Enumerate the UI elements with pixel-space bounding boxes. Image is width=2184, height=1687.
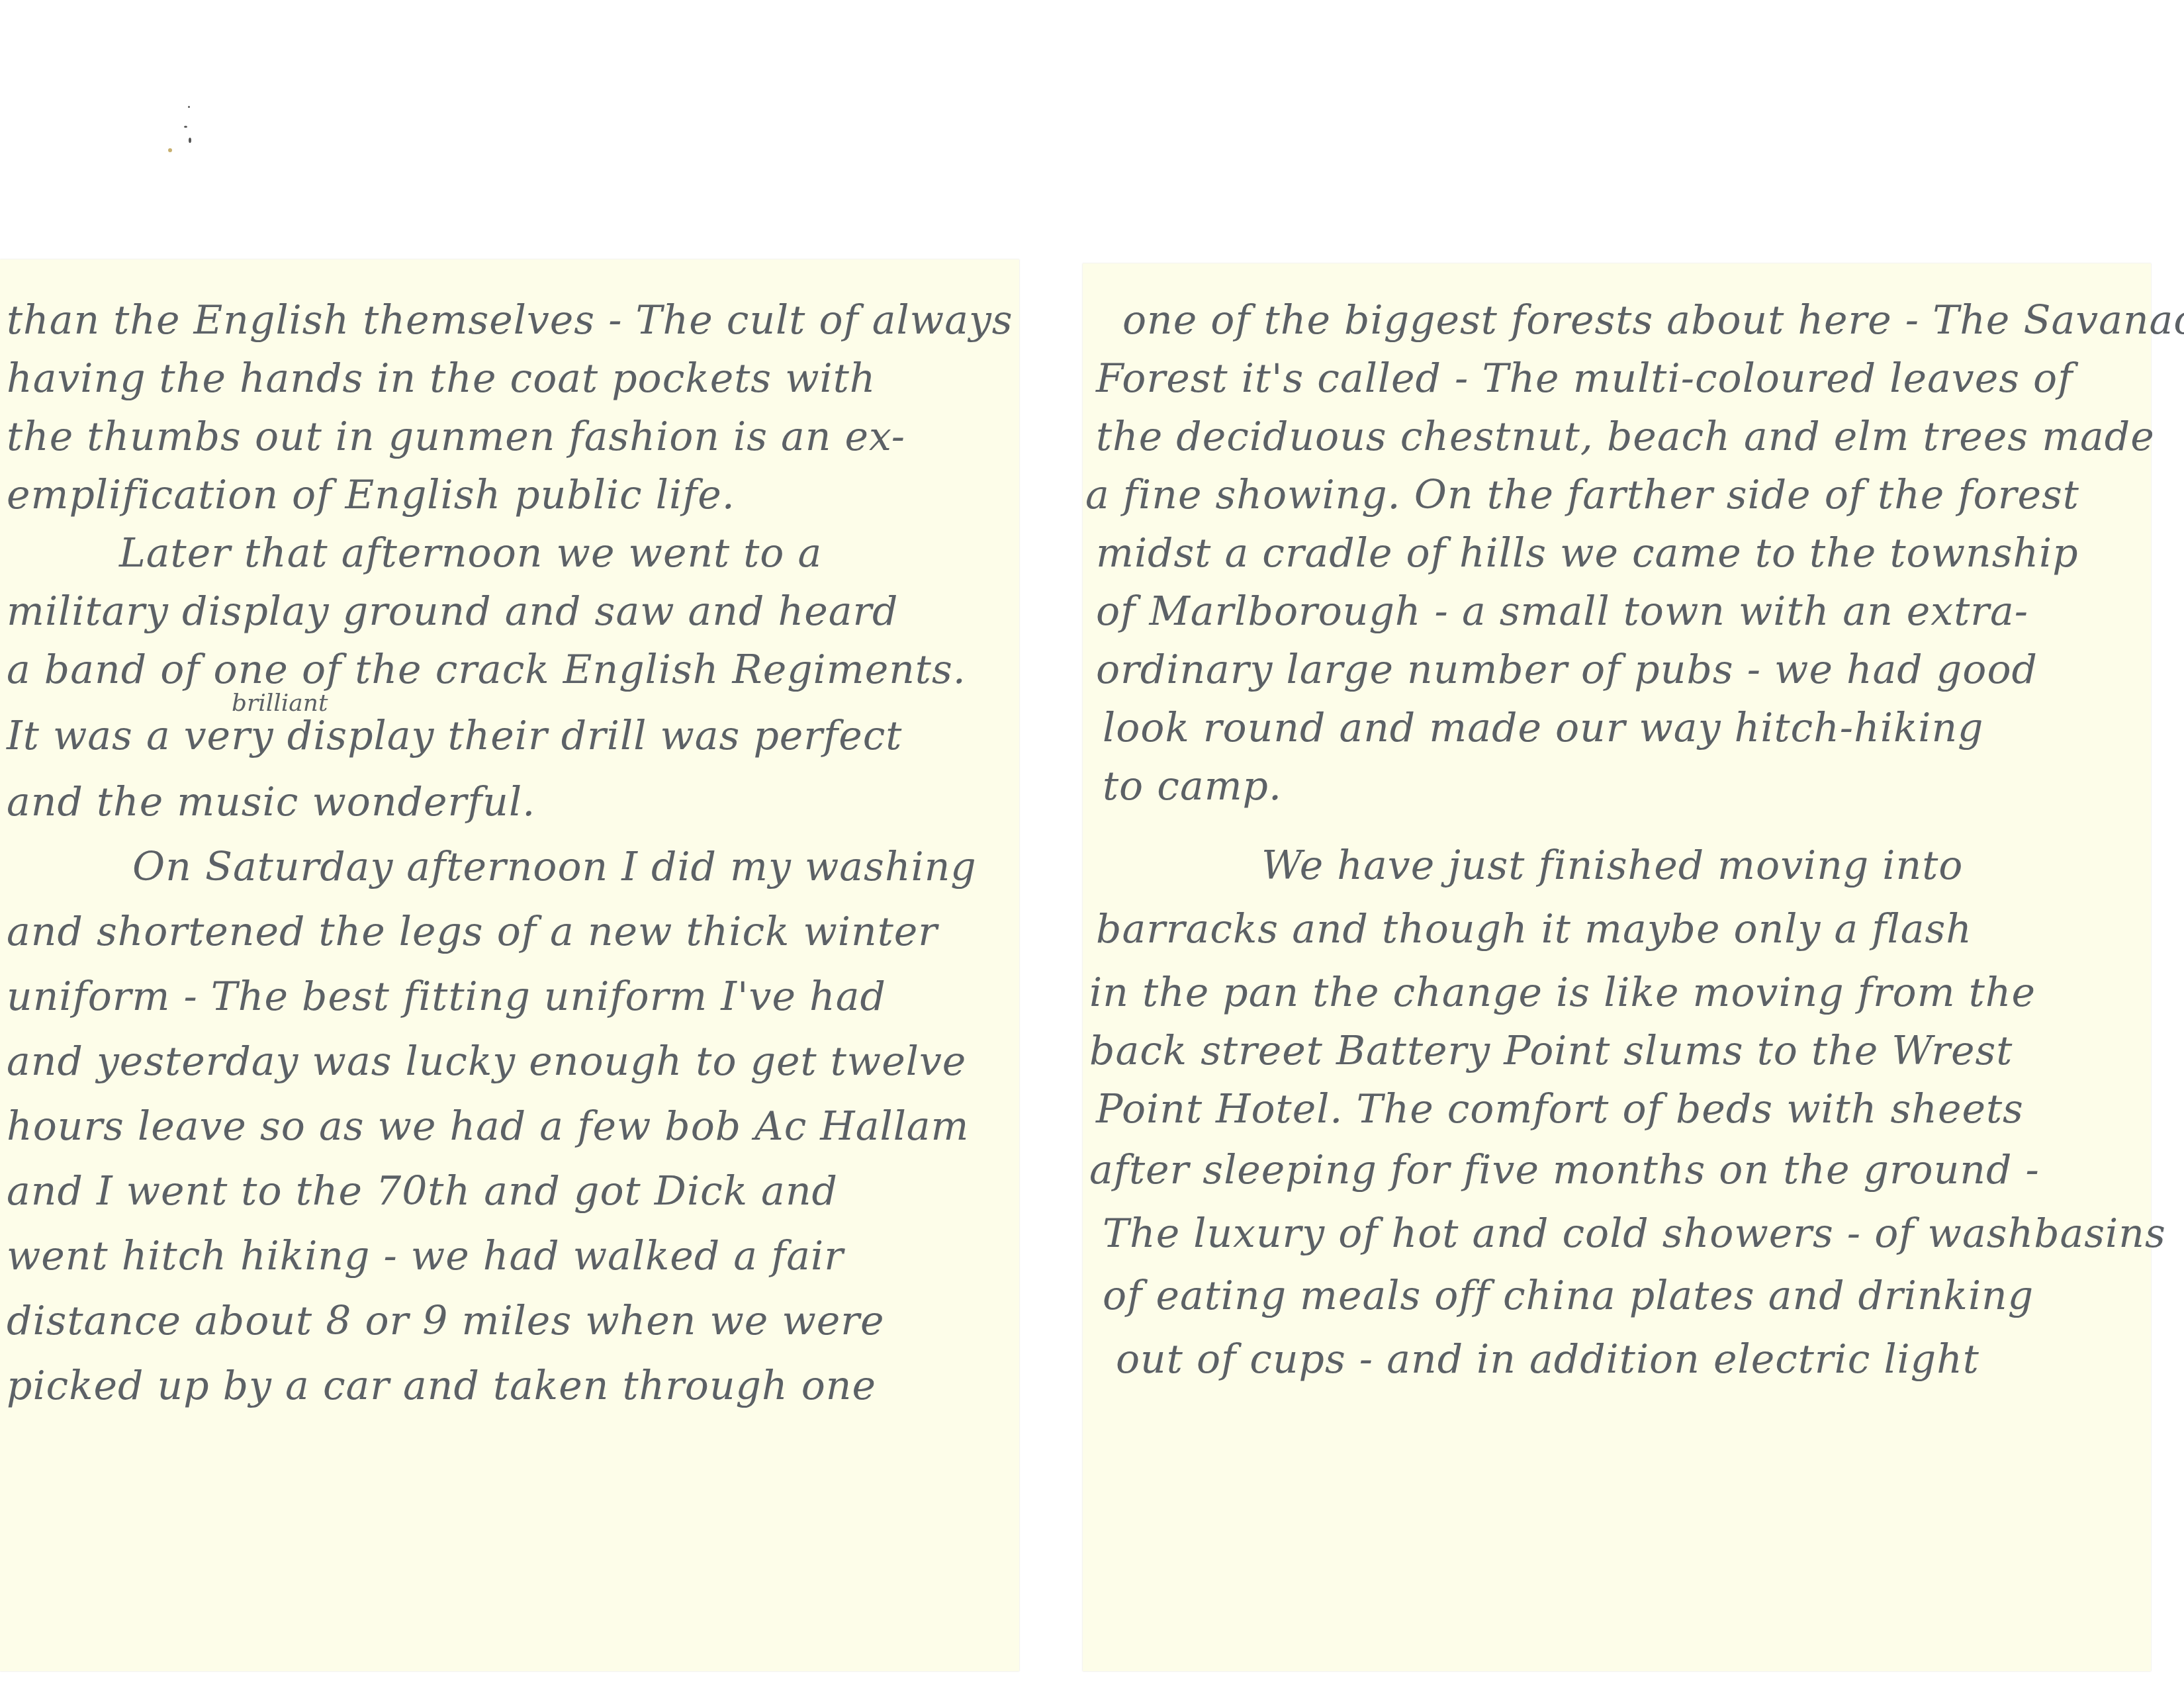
- handwritten-line: and I went to the 70th and got Dick and: [7, 1171, 838, 1211]
- handwritten-line: The luxury of hot and cold showers - of …: [1103, 1214, 2166, 1254]
- handwritten-line: in the pan the change is like moving fro…: [1089, 973, 2036, 1013]
- handwritten-line: of Marlborough - a small town with an ex…: [1096, 592, 2028, 631]
- handwritten-line: hours leave so as we had a few bob Ac Ha…: [7, 1107, 970, 1146]
- letter-page-left: than the English themselves - The cult o…: [0, 259, 1019, 1671]
- handwritten-line: look round and made our way hitch-hiking: [1103, 708, 1984, 748]
- handwritten-line: and shortened the legs of a new thick wi…: [7, 912, 938, 952]
- handwritten-line: It was a very display their drill was pe…: [7, 716, 902, 756]
- handwritten-line: uniform - The best fitting uniform I've …: [7, 977, 886, 1017]
- handwritten-line: the deciduous chestnut, beach and elm tr…: [1096, 417, 2155, 457]
- handwritten-line: a fine showing. On the farther side of t…: [1085, 475, 2079, 515]
- handwritten-line: military display ground and saw and hear…: [7, 592, 899, 631]
- handwritten-line: On Saturday afternoon I did my washing: [132, 847, 977, 887]
- handwritten-line: went hitch hiking - we had walked a fair: [7, 1236, 844, 1276]
- handwritten-line: one of the biggest forests about here - …: [1122, 300, 2184, 340]
- scan-speck: [168, 148, 172, 152]
- handwritten-line: back street Battery Point slums to the W…: [1089, 1031, 2013, 1071]
- handwritten-line: after sleeping for five months on the gr…: [1089, 1150, 2040, 1190]
- handwritten-line: barracks and though it maybe only a flas…: [1096, 909, 1972, 949]
- handwritten-line: of eating meals off china plates and dri…: [1103, 1276, 2034, 1316]
- handwritten-line: having the hands in the coat pockets wit…: [7, 359, 876, 398]
- handwritten-line: and the music wonderful.: [7, 782, 535, 822]
- handwritten-line: Point Hotel. The comfort of beds with sh…: [1096, 1089, 2024, 1129]
- handwritten-line: the thumbs out in gunmen fashion is an e…: [7, 417, 905, 457]
- handwritten-line: distance about 8 or 9 miles when we were: [7, 1301, 884, 1341]
- handwritten-line: ordinary large number of pubs - we had g…: [1096, 650, 2038, 690]
- handwritten-line: picked up by a car and taken through one: [7, 1366, 876, 1406]
- scan-speck: [188, 106, 190, 108]
- handwritten-line: Forest it's called - The multi-coloured …: [1096, 359, 2073, 398]
- scanned-letter: than the English themselves - The cult o…: [0, 0, 2184, 1687]
- handwritten-line: emplification of English public life.: [7, 475, 735, 515]
- handwritten-line: to camp.: [1103, 766, 1282, 806]
- handwritten-line: We have just finished moving into: [1261, 846, 1963, 886]
- handwritten-line: midst a cradle of hills we came to the t…: [1096, 533, 2079, 573]
- scan-speck: [184, 126, 187, 128]
- handwritten-line: than the English themselves - The cult o…: [7, 300, 1013, 340]
- scan-speck: [189, 138, 191, 143]
- letter-page-right: one of the biggest forests about here - …: [1083, 263, 2151, 1671]
- handwritten-line: Later that afternoon we went to a: [119, 533, 822, 573]
- handwritten-line: and yesterday was lucky enough to get tw…: [7, 1042, 966, 1081]
- handwritten-line: out of cups - and in addition electric l…: [1116, 1340, 1979, 1379]
- handwritten-line: a band of one of the crack English Regim…: [7, 650, 966, 690]
